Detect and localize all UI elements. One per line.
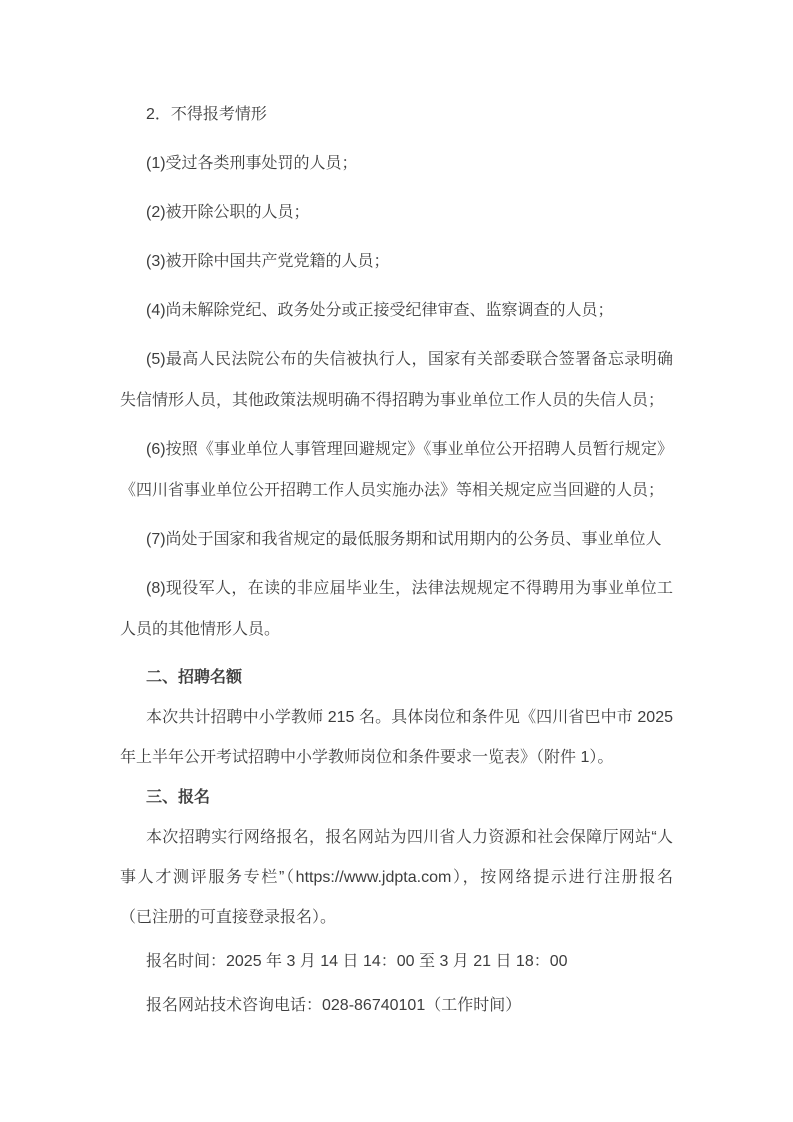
text-line: (7)尚处于国家和我省规定的最低服务期和试用期内的公务员、事业单位人员； <box>120 519 673 560</box>
paragraph: (6)按照《事业单位人事管理回避规定》《事业单位公开招聘人员暂行规定》《四川省事… <box>120 429 673 511</box>
paragraph: 报名时间：2025 年 3 月 14 日 14：00 至 3 月 21 日 18… <box>120 942 673 982</box>
text-line: (6)按照《事业单位人事管理回避规定》《事业单位公开招聘人员暂行规定》 <box>120 429 673 470</box>
text-line: (1)受过各类刑事处罚的人员； <box>120 143 673 184</box>
paragraph: (4)尚未解除党纪、政务处分或正接受纪律审查、监察调查的人员； <box>120 290 673 331</box>
document-body: 2．不得报考情形(1)受过各类刑事处罚的人员；(2)被开除公职的人员；(3)被开… <box>0 0 793 1026</box>
text-line: 报名网站技术咨询电话：028-86740101（工作时间） <box>120 986 673 1026</box>
text-line: (8)现役军人，在读的非应届毕业生，法律法规规定不得聘用为事业单位工作 <box>120 568 673 609</box>
text-line: 《四川省事业单位公开招聘工作人员实施办法》等相关规定应当回避的人员； <box>120 470 673 511</box>
paragraph: 2．不得报考情形 <box>120 94 673 135</box>
text-line: 本次共计招聘中小学教师 215 名。具体岗位和条件见《四川省巴中市 2025 <box>120 698 673 738</box>
text-line: (2)被开除公职的人员； <box>120 192 673 233</box>
text-line: 事人才测评服务专栏”（https://www.jdpta.com），按网络提示进… <box>120 858 673 898</box>
text-line: 2．不得报考情形 <box>120 94 673 135</box>
paragraph: (8)现役军人，在读的非应届毕业生，法律法规规定不得聘用为事业单位工作人员的其他… <box>120 568 673 650</box>
text-line: 年上半年公开考试招聘中小学教师岗位和条件要求一览表》（附件 1）。 <box>120 738 673 778</box>
text-line: 三、报名 <box>120 778 673 818</box>
text-line: 报名时间：2025 年 3 月 14 日 14：00 至 3 月 21 日 18… <box>120 942 673 982</box>
text-line: (3)被开除中国共产党党籍的人员； <box>120 241 673 282</box>
section-heading: 三、报名 <box>120 778 673 818</box>
section-heading: 二、招聘名额 <box>120 658 673 698</box>
text-line: 本次招聘实行网络报名，报名网站为四川省人力资源和社会保障厅网站“人 <box>120 818 673 858</box>
text-line: (5)最高人民法院公布的失信被执行人，国家有关部委联合签署备忘录明确的 <box>120 339 673 380</box>
paragraph: 报名网站技术咨询电话：028-86740101（工作时间） <box>120 986 673 1026</box>
text-line: (4)尚未解除党纪、政务处分或正接受纪律审查、监察调查的人员； <box>120 290 673 331</box>
paragraph: (2)被开除公职的人员； <box>120 192 673 233</box>
document-page: 2．不得报考情形(1)受过各类刑事处罚的人员；(2)被开除公职的人员；(3)被开… <box>0 0 793 1122</box>
paragraph: (7)尚处于国家和我省规定的最低服务期和试用期内的公务员、事业单位人员； <box>120 519 673 560</box>
paragraph: (1)受过各类刑事处罚的人员； <box>120 143 673 184</box>
text-line: 人员的其他情形人员。 <box>120 609 673 650</box>
paragraph: (3)被开除中国共产党党籍的人员； <box>120 241 673 282</box>
paragraph: 本次招聘实行网络报名，报名网站为四川省人力资源和社会保障厅网站“人事人才测评服务… <box>120 818 673 938</box>
paragraph: 本次共计招聘中小学教师 215 名。具体岗位和条件见《四川省巴中市 2025年上… <box>120 698 673 778</box>
text-line: （已注册的可直接登录报名）。 <box>120 898 673 938</box>
text-line: 失信情形人员，其他政策法规明确不得招聘为事业单位工作人员的失信人员； <box>120 380 673 421</box>
paragraph: (5)最高人民法院公布的失信被执行人，国家有关部委联合签署备忘录明确的失信情形人… <box>120 339 673 421</box>
text-line: 二、招聘名额 <box>120 658 673 698</box>
